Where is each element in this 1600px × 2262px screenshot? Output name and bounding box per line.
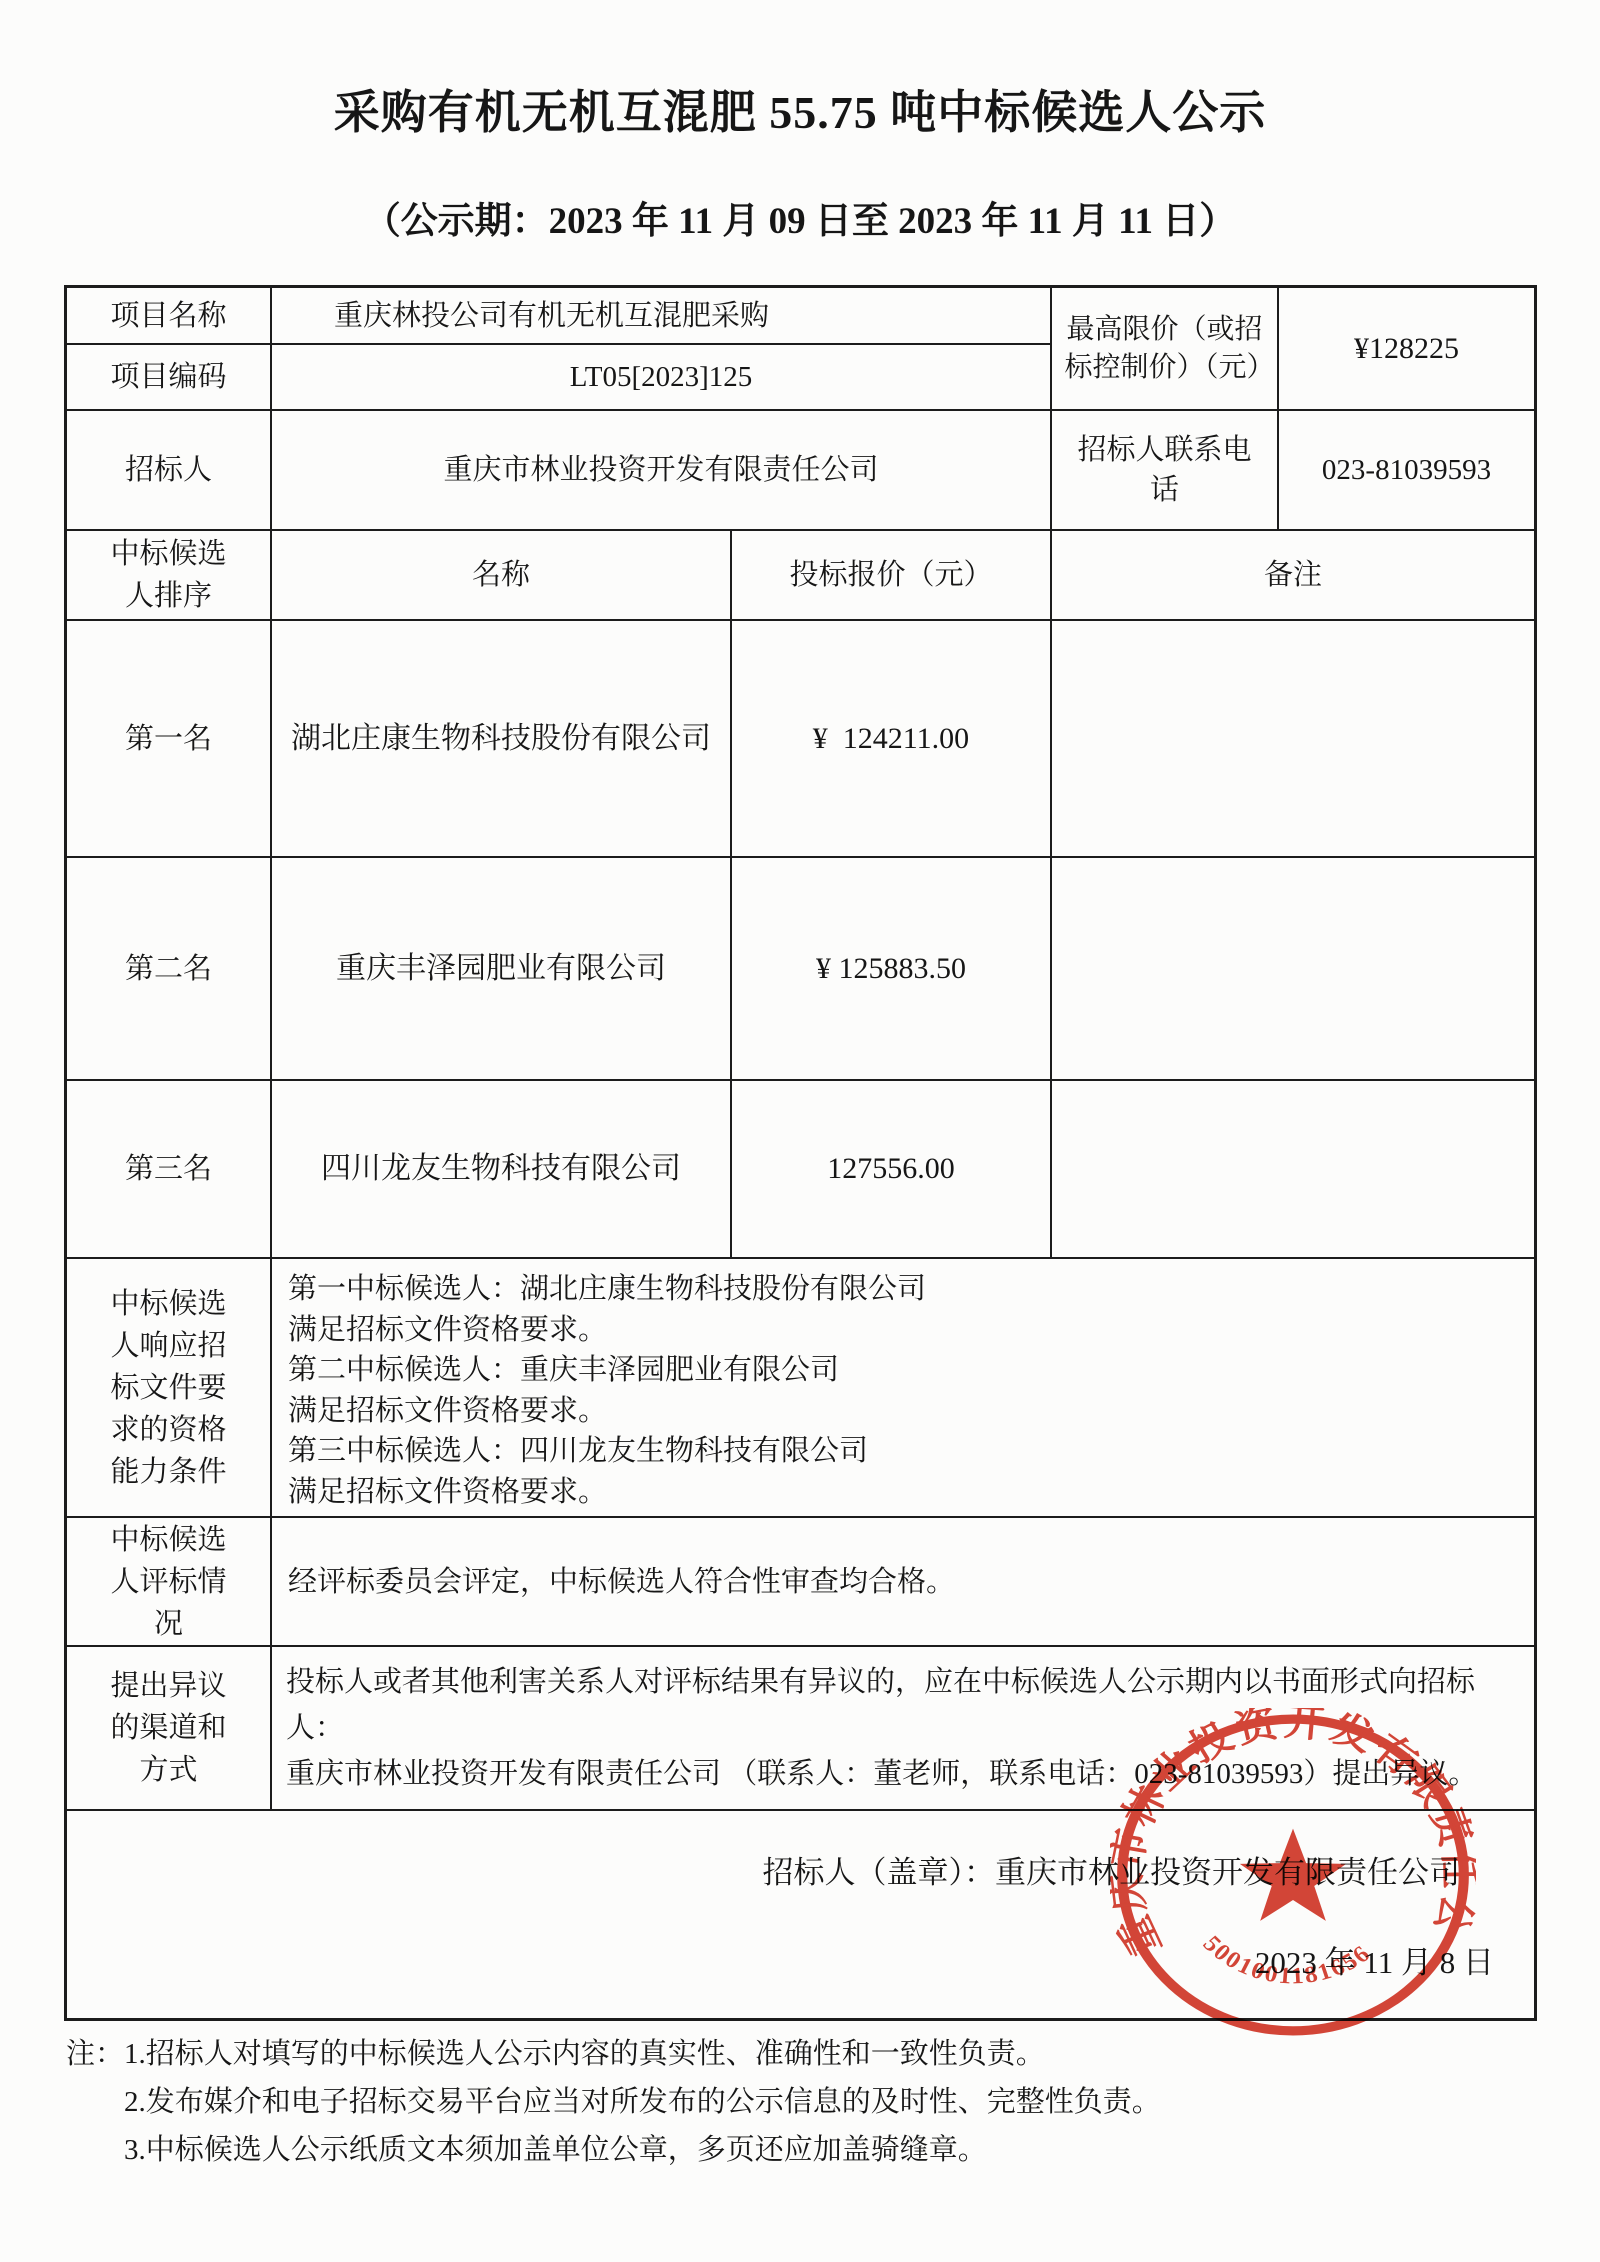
candidate-2-rank-cell: 第二名 (67, 858, 272, 1081)
candidate-name: 重庆丰泽园肥业有限公司 (336, 949, 666, 989)
qualification-label: 中标候选人响应招标文件要求的资格能力条件 (108, 1283, 230, 1493)
candidate-3-price-cell: 127556.00 (732, 1081, 1052, 1259)
note-item: 1.招标人对填写的中标候选人公示内容的真实性、准确性和一致性负责。 (124, 2038, 1045, 2070)
announcement-document: 采购有机无机互混肥 55.75 吨中标候选人公示 （公示期：2023 年 11 … (0, 0, 1600, 2262)
project-name-label: 项目名称 (110, 296, 226, 336)
objection-line: 重庆市林业投资开发有限责任公司 （联系人：董老师，联系电话：023-810395… (286, 1751, 1528, 1797)
page-title: 采购有机无机互混肥 55.75 吨中标候选人公示 (0, 76, 1600, 142)
note-line-2: 2.发布媒介和电子招标交易平台应当对所发布的公示信息的及时性、完整性负责。 (124, 2078, 1546, 2126)
tenderer-label: 招标人 (125, 450, 212, 490)
project-code-label: 项目编码 (110, 357, 226, 397)
tenderer-phone-label: 招标人联系电话 (1075, 430, 1255, 510)
header-rank-cell: 中标候选人排序 (67, 531, 272, 621)
candidate-name: 四川龙友生物科技有限公司 (321, 1149, 681, 1189)
candidate-price: ¥ 124211.00 (813, 719, 969, 759)
candidate-1-name-cell: 湖北庄康生物科技股份有限公司 (272, 621, 732, 858)
header-name: 名称 (472, 555, 530, 595)
project-code-value: LT05[2023]125 (570, 357, 753, 397)
signature-date: 2023 年 11 月 8 日 (67, 1943, 1534, 1983)
tenderer-phone-cell: 023-81039593 (1279, 411, 1534, 531)
project-name-value: 重庆林投公司有机无机互混肥采购 (334, 296, 769, 336)
max-price-value-cell: ¥128225 (1279, 288, 1534, 411)
qualification-lines: 第一中标候选人：湖北庄康生物科技股份有限公司 满足招标文件资格要求。 第二中标候… (272, 1263, 1534, 1512)
candidate-rank: 第一名 (125, 719, 212, 759)
project-code-cell: LT05[2023]125 (272, 345, 1052, 411)
candidate-rank: 第二名 (125, 949, 212, 989)
tenderer-cell: 重庆市林业投资开发有限责任公司 (272, 411, 1052, 531)
candidate-1-price-cell: ¥ 124211.00 (732, 621, 1052, 858)
project-name-label-cell: 项目名称 (67, 288, 272, 345)
candidate-3-rank-cell: 第三名 (67, 1081, 272, 1259)
qualification-label-cell: 中标候选人响应招标文件要求的资格能力条件 (67, 1259, 272, 1518)
objection-line: 投标人或者其他利害关系人对评标结果有异议的，应在中标候选人公示期内以书面形式向招… (286, 1659, 1528, 1751)
tenderer-value: 重庆市林业投资开发有限责任公司 (443, 450, 878, 490)
signature-line: 招标人（盖章）：重庆市林业投资开发有限责任公司 (67, 1853, 1534, 1893)
objection-content-cell: 投标人或者其他利害关系人对评标结果有异议的，应在中标候选人公示期内以书面形式向招… (272, 1647, 1534, 1811)
qualification-line: 满足招标文件资格要求。 (288, 1310, 1528, 1351)
candidate-name: 湖北庄康生物科技股份有限公司 (291, 719, 711, 759)
note-line-1: 注：1.招标人对填写的中标候选人公示内容的真实性、准确性和一致性负责。 (66, 2030, 1546, 2078)
header-price: 投标报价（元） (789, 555, 992, 595)
evaluation-text: 经评标委员会评定，中标候选人符合性审查均合格。 (272, 1562, 1534, 1602)
qualification-line: 第一中标候选人：湖北庄康生物科技股份有限公司 (288, 1269, 1528, 1310)
candidate-2-price-cell: ¥ 125883.50 (732, 858, 1052, 1081)
evaluation-content-cell: 经评标委员会评定，中标候选人符合性审查均合格。 (272, 1518, 1534, 1647)
evaluation-label-cell: 中标候选人评标情况 (67, 1518, 272, 1647)
objection-label: 提出异议的渠道和方式 (108, 1665, 230, 1791)
tenderer-phone-label-cell: 招标人联系电话 (1052, 411, 1279, 531)
note-line-3: 3.中标候选人公示纸质文本须加盖单位公章，多页还应加盖骑缝章。 (124, 2126, 1546, 2174)
qualification-line: 第三中标候选人：四川龙友生物科技有限公司 (288, 1431, 1528, 1472)
qualification-content-cell: 第一中标候选人：湖北庄康生物科技股份有限公司 满足招标文件资格要求。 第二中标候… (272, 1259, 1534, 1518)
candidate-1-rank-cell: 第一名 (67, 621, 272, 858)
header-name-cell: 名称 (272, 531, 732, 621)
candidate-price: 127556.00 (827, 1149, 955, 1189)
project-code-label-cell: 项目编码 (67, 345, 272, 411)
qualification-line: 第二中标候选人：重庆丰泽园肥业有限公司 (288, 1350, 1528, 1391)
tenderer-phone-value: 023-81039593 (1322, 450, 1491, 490)
objection-lines: 投标人或者其他利害关系人对评标结果有异议的，应在中标候选人公示期内以书面形式向招… (272, 1659, 1534, 1797)
candidate-1-remark-cell (1052, 621, 1534, 858)
candidate-3-name-cell: 四川龙友生物科技有限公司 (272, 1081, 732, 1259)
announcement-table: 项目名称 重庆林投公司有机无机互混肥采购 最高限价（或招标控制价）（元） ¥12… (64, 285, 1537, 2021)
tenderer-label-cell: 招标人 (67, 411, 272, 531)
header-rank: 中标候选人排序 (108, 533, 230, 617)
max-price-value: ¥128225 (1354, 329, 1459, 369)
max-price-label: 最高限价（或招标控制价）（元） (1065, 311, 1265, 387)
footer-notes: 注：1.招标人对填写的中标候选人公示内容的真实性、准确性和一致性负责。 2.发布… (66, 2030, 1546, 2174)
project-name-cell: 重庆林投公司有机无机互混肥采购 (272, 288, 1052, 345)
notes-prefix: 注： (66, 2038, 124, 2070)
qualification-line: 满足招标文件资格要求。 (288, 1472, 1528, 1513)
candidate-rank: 第三名 (125, 1149, 212, 1189)
page-subtitle: （公示期：2023 年 11 月 09 日至 2023 年 11 月 11 日） (0, 190, 1600, 244)
candidate-2-remark-cell (1052, 858, 1534, 1081)
header-remark-cell: 备注 (1052, 531, 1534, 621)
header-remark: 备注 (1264, 555, 1322, 595)
header-price-cell: 投标报价（元） (732, 531, 1052, 621)
candidate-2-name-cell: 重庆丰泽园肥业有限公司 (272, 858, 732, 1081)
signature-cell: 招标人（盖章）：重庆市林业投资开发有限责任公司 2023 年 11 月 8 日 (67, 1811, 1534, 2018)
evaluation-label: 中标候选人评标情况 (108, 1519, 230, 1645)
max-price-label-cell: 最高限价（或招标控制价）（元） (1052, 288, 1279, 411)
candidate-3-remark-cell (1052, 1081, 1534, 1259)
qualification-line: 满足招标文件资格要求。 (288, 1391, 1528, 1432)
objection-label-cell: 提出异议的渠道和方式 (67, 1647, 272, 1811)
candidate-price: ¥ 125883.50 (816, 949, 966, 989)
